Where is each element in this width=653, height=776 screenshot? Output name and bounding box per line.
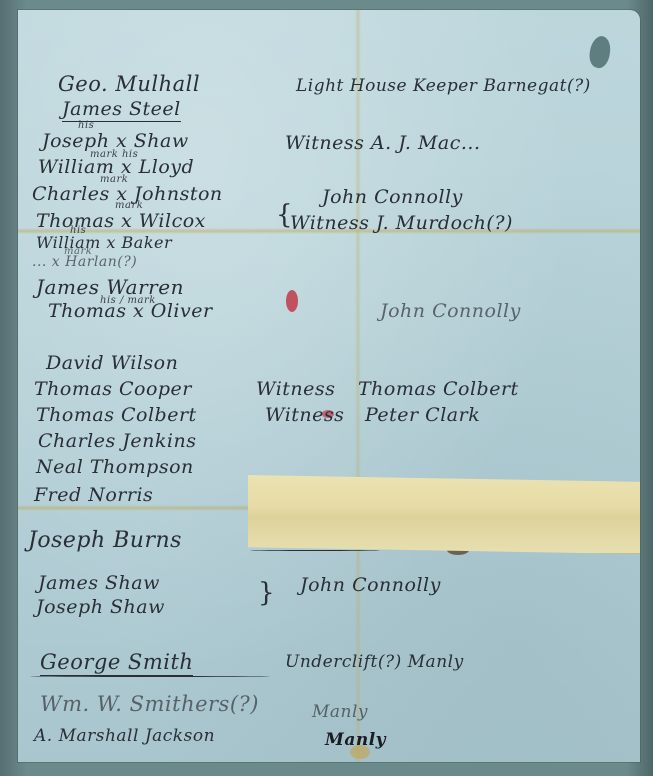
signature-name: Thomas x Wilcox [36, 210, 206, 232]
signature-name: James Steel [62, 98, 181, 122]
witness-entry: John Connolly [300, 574, 441, 596]
underline-flourish [30, 676, 270, 677]
signature-name: Thomas Colbert [36, 404, 197, 426]
right-annotation: Light House Keeper Barnegat(?) [296, 76, 591, 96]
red-wax-stain [286, 290, 298, 312]
witness-entry: Witness A. J. Mac... [285, 132, 481, 154]
signature-name: Charles Jenkins [38, 430, 196, 452]
signature-name: Thomas x Oliver [48, 300, 213, 322]
witness-label: Witness [265, 404, 344, 426]
signature-name: Wm. W. Smithers(?) [40, 692, 259, 716]
witness-entry: John Connolly [322, 186, 463, 208]
witness-label: Witness [256, 378, 335, 400]
repair-tape [248, 470, 640, 554]
witness-entry: Underclift(?) Manly [285, 652, 464, 672]
brace-symbol: } [258, 578, 275, 608]
witness-entry: John Connolly [380, 300, 521, 322]
signature-flourish [250, 550, 380, 551]
witness-entry: Manly [312, 702, 368, 722]
signature-name: Geo. Mulhall [58, 72, 200, 96]
witness-entry: Thomas Colbert [358, 378, 519, 400]
witness-entry: Witness J. Murdoch(?) [290, 212, 513, 234]
signature-name: William x Baker [36, 233, 172, 252]
signature-name: ... x Harlan(?) [32, 254, 137, 270]
signature-name: George Smith [40, 650, 193, 676]
witness-entry: Peter Clark [365, 404, 480, 426]
witness-entry: Manly [325, 730, 386, 750]
signature-name: Joseph Burns [28, 528, 182, 553]
signature-name: Joseph Shaw [36, 596, 165, 618]
signature-name: A. Marshall Jackson [34, 726, 215, 746]
signature-name: Fred Norris [34, 484, 153, 506]
signature-name: James Shaw [38, 572, 160, 594]
signature-name: Thomas Cooper [34, 378, 192, 400]
signature-name: Neal Thompson [36, 456, 194, 478]
signature-name: David Wilson [46, 352, 178, 374]
